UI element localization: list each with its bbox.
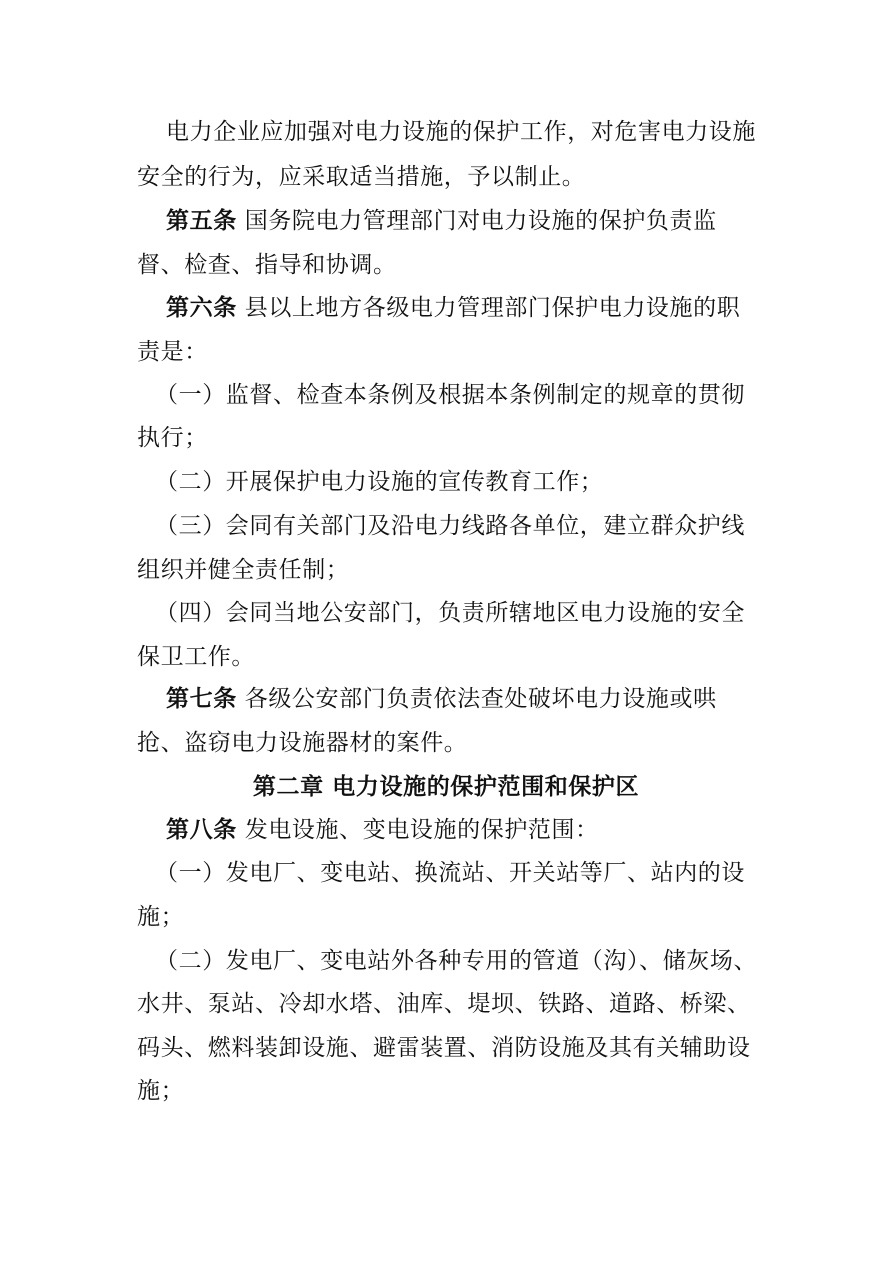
paragraph-line: 保卫工作。 (137, 635, 767, 679)
paragraph-line: 水井、泵站、冷却水塔、油库、堤坝、铁路、道路、桥梁、 (137, 982, 767, 1026)
article-5: 第五条 国务院电力管理部门对电力设施的保护负责监 (166, 199, 796, 243)
paragraph-line: 施； (137, 895, 767, 939)
list-item: （二）发电厂、变电站外各种专用的管道（沟）、储灰场、 (155, 939, 785, 983)
article-label: 第五条 (166, 208, 237, 234)
article-label: 第七条 (166, 686, 237, 712)
list-item: （二）开展保护电力设施的宣传教育工作； (155, 460, 785, 504)
paragraph-line: 督、检查、指导和协调。 (137, 243, 767, 287)
list-item: （四）会同当地公安部门，负责所辖地区电力设施的安全 (155, 591, 785, 635)
paragraph-line: 责是： (137, 330, 767, 374)
article-text: 县以上地方各级电力管理部门保护电力设施的职 (245, 295, 741, 321)
article-8: 第八条 发电设施、变电设施的保护范围： (166, 808, 796, 852)
article-label: 第八条 (166, 817, 237, 843)
paragraph-line: 码头、燃料装卸设施、避雷装置、消防设施及其有关辅助设 (137, 1026, 767, 1070)
paragraph-line: 安全的行为，应采取适当措施，予以制止。 (137, 155, 767, 199)
article-text: 国务院电力管理部门对电力设施的保护负责监 (245, 208, 717, 234)
chapter-heading: 第二章 电力设施的保护范围和保护区 (0, 765, 892, 809)
paragraph-line: 组织并健全责任制； (137, 548, 767, 592)
article-label: 第六条 (166, 295, 237, 321)
article-text: 发电设施、变电设施的保护范围： (245, 817, 599, 843)
paragraph-line: 施； (137, 1069, 767, 1113)
list-item: （一）发电厂、变电站、换流站、开关站等厂、站内的设 (155, 851, 785, 895)
paragraph-line: 电力企业应加强对电力设施的保护工作，对危害电力设施 (166, 110, 796, 154)
paragraph-line: 抢、盗窃电力设施器材的案件。 (137, 721, 767, 765)
paragraph-line: 执行； (137, 416, 767, 460)
article-6: 第六条 县以上地方各级电力管理部门保护电力设施的职 (166, 286, 796, 330)
document-page: 电力企业应加强对电力设施的保护工作，对危害电力设施 安全的行为，应采取适当措施，… (0, 0, 892, 1262)
list-item: （三）会同有关部门及沿电力线路各单位，建立群众护线 (155, 504, 785, 548)
article-text: 各级公安部门负责依法查处破坏电力设施或哄 (245, 686, 717, 712)
article-7: 第七条 各级公安部门负责依法查处破坏电力设施或哄 (166, 677, 796, 721)
list-item: （一）监督、检查本条例及根据本条例制定的规章的贯彻 (155, 373, 785, 417)
